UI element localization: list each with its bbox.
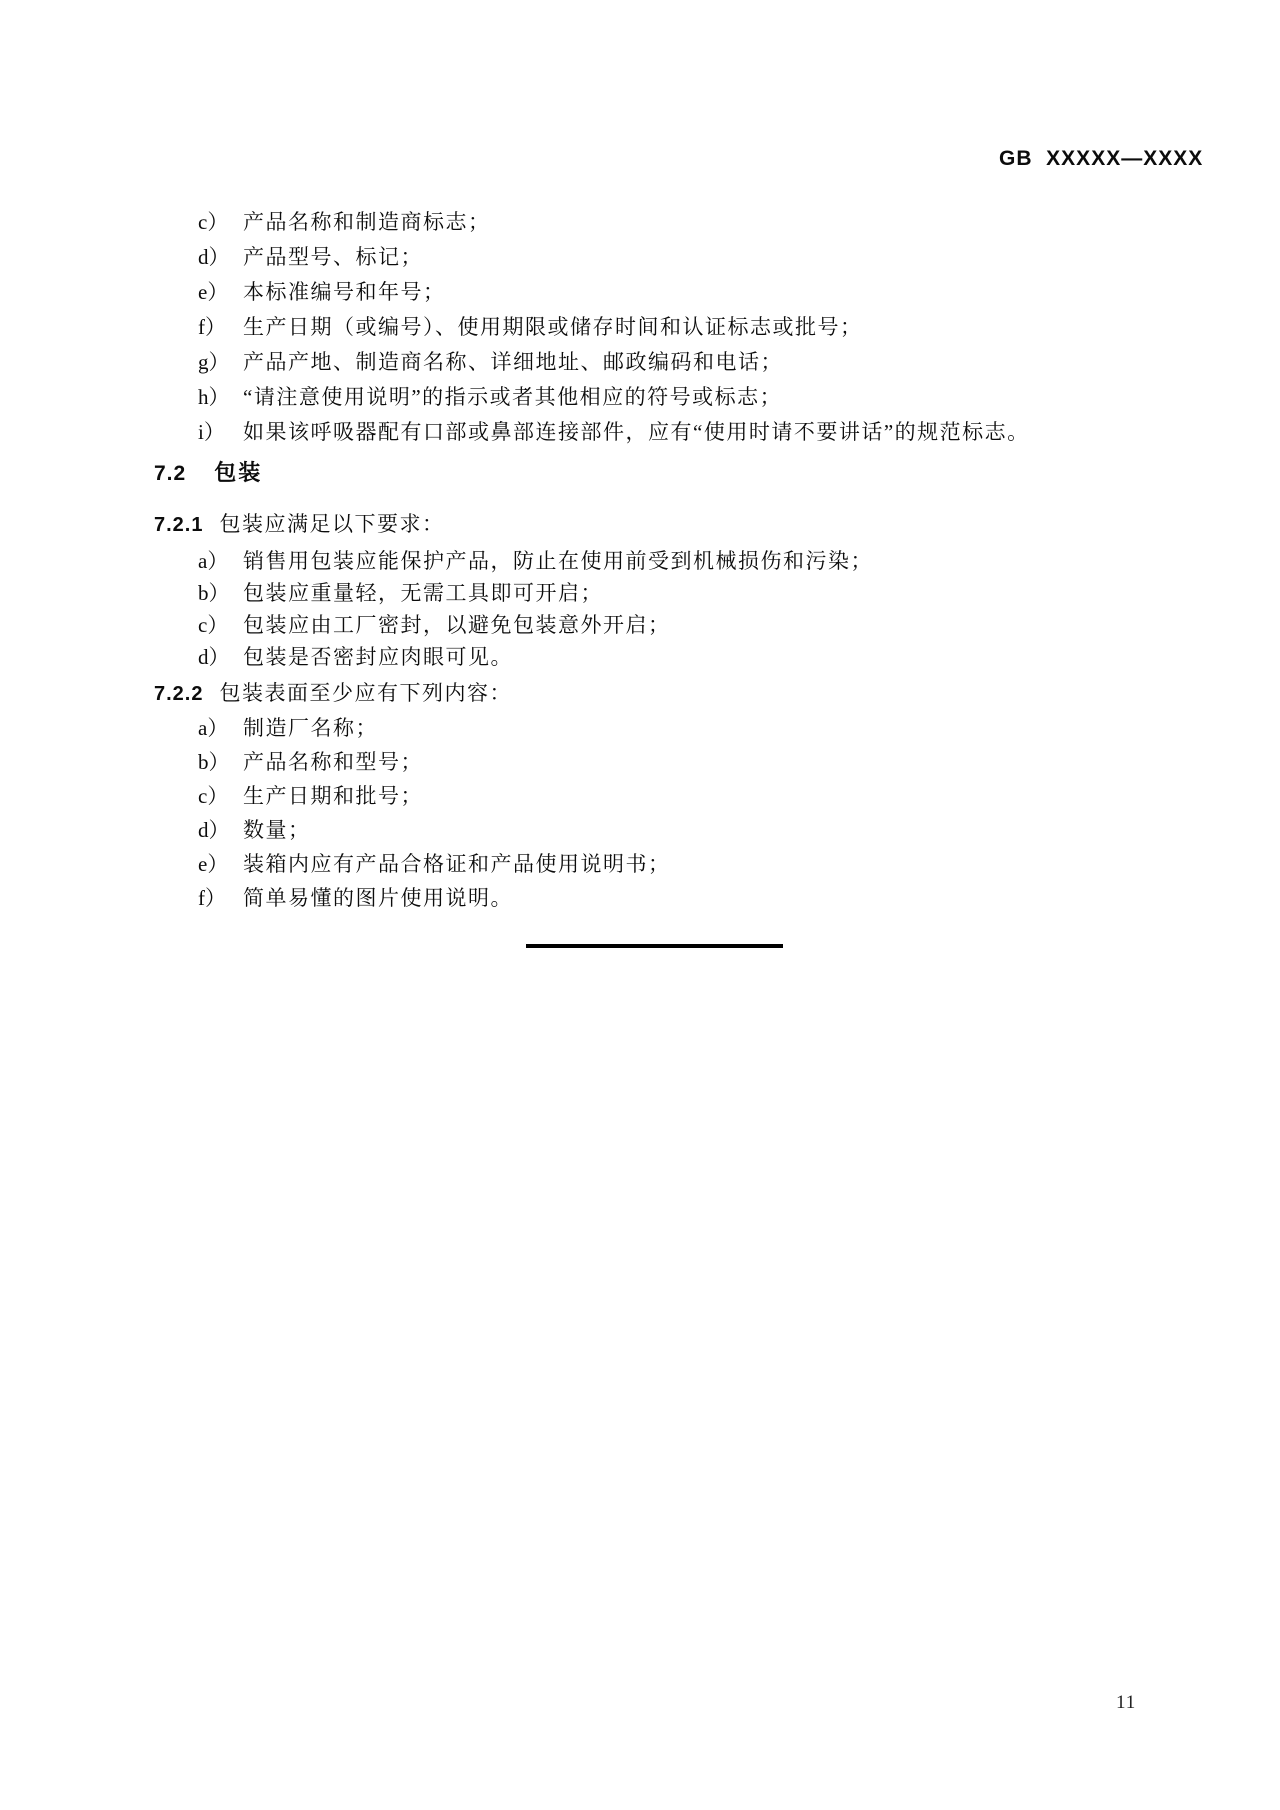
clause-number: 7.2.1 bbox=[154, 514, 203, 536]
packaging-surface-list: a）制造厂名称； b）产品名称和型号； c）生产日期和批号； d）数量； e）装… bbox=[0, 711, 1280, 915]
list-item-marker: c） bbox=[198, 205, 243, 240]
list-item-marker: a） bbox=[198, 711, 243, 745]
list-item-marker: e） bbox=[198, 847, 243, 881]
list-item: c）生产日期和批号； bbox=[0, 779, 1280, 813]
list-item-marker: c） bbox=[198, 779, 243, 813]
list-item: g）产品产地、制造商名称、详细地址、邮政编码和电话； bbox=[0, 345, 1280, 380]
list-item-marker: f） bbox=[198, 310, 243, 345]
list-item: a）销售用包装应能保护产品，防止在使用前受到机械损伤和污染； bbox=[0, 545, 1280, 577]
list-item-text: 装箱内应有产品合格证和产品使用说明书； bbox=[243, 852, 671, 876]
list-item-text: 包装应由工厂密封，以避免包装意外开启； bbox=[243, 613, 671, 637]
list-item: c）包装应由工厂密封，以避免包装意外开启； bbox=[0, 609, 1280, 641]
marking-requirements-list: c）产品名称和制造商标志； d）产品型号、标记； e）本标准编号和年号； f）生… bbox=[0, 205, 1280, 450]
list-item-marker: h） bbox=[198, 380, 243, 415]
list-item-text: 包装是否密封应肉眼可见。 bbox=[243, 645, 513, 669]
list-item-marker: i） bbox=[198, 415, 243, 450]
list-item-marker: d） bbox=[198, 641, 243, 673]
end-of-document-rule bbox=[526, 944, 783, 948]
list-item-text: 生产日期和批号； bbox=[243, 784, 423, 808]
list-item: f）生产日期（或编号）、使用期限或储存时间和认证标志或批号； bbox=[0, 310, 1280, 345]
list-item: b）包装应重量轻，无需工具即可开启； bbox=[0, 577, 1280, 609]
list-item-marker: e） bbox=[198, 275, 243, 310]
clause-text: 包装应满足以下要求： bbox=[219, 512, 444, 536]
list-item: e）装箱内应有产品合格证和产品使用说明书； bbox=[0, 847, 1280, 881]
list-item-text: 产品名称和制造商标志； bbox=[243, 210, 491, 234]
list-item-text: 制造厂名称； bbox=[243, 716, 378, 740]
section-title: 包装 bbox=[214, 460, 262, 485]
packaging-requirements-list: a）销售用包装应能保护产品，防止在使用前受到机械损伤和污染； b）包装应重量轻，… bbox=[0, 545, 1280, 673]
document-page: GB XXXXX—XXXX c）产品名称和制造商标志； d）产品型号、标记； e… bbox=[0, 0, 1280, 1810]
list-item-text: 简单易懂的图片使用说明。 bbox=[243, 886, 513, 910]
document-content: c）产品名称和制造商标志； d）产品型号、标记； e）本标准编号和年号； f）生… bbox=[0, 205, 1280, 948]
list-item: d）包装是否密封应肉眼可见。 bbox=[0, 641, 1280, 673]
list-item-text: 产品名称和型号； bbox=[243, 750, 423, 774]
section-heading-7-2: 7.2包装 bbox=[0, 455, 1280, 490]
page-number: 11 bbox=[1116, 1692, 1136, 1714]
list-item-marker: b） bbox=[198, 745, 243, 779]
list-item-marker: b） bbox=[198, 577, 243, 609]
clause-text: 包装表面至少应有下列内容： bbox=[219, 681, 512, 705]
list-item-text: 产品型号、标记； bbox=[243, 245, 423, 269]
clause-7-2-2: 7.2.2包装表面至少应有下列内容： bbox=[0, 676, 1280, 711]
list-item-marker: a） bbox=[198, 545, 243, 577]
list-item-text: 包装应重量轻，无需工具即可开启； bbox=[243, 581, 603, 605]
list-item-text: 销售用包装应能保护产品，防止在使用前受到机械损伤和污染； bbox=[243, 549, 873, 573]
list-item-text: 产品产地、制造商名称、详细地址、邮政编码和电话； bbox=[243, 350, 783, 374]
list-item: a）制造厂名称； bbox=[0, 711, 1280, 745]
list-item: c）产品名称和制造商标志； bbox=[0, 205, 1280, 240]
list-item-marker: c） bbox=[198, 609, 243, 641]
section-number: 7.2 bbox=[154, 462, 186, 485]
list-item-text: “请注意使用说明”的指示或者其他相应的符号或标志； bbox=[243, 385, 782, 409]
list-item: h）“请注意使用说明”的指示或者其他相应的符号或标志； bbox=[0, 380, 1280, 415]
list-item-marker: g） bbox=[198, 345, 243, 380]
list-item: f）简单易懂的图片使用说明。 bbox=[0, 881, 1280, 915]
clause-number: 7.2.2 bbox=[154, 683, 203, 705]
list-item: d）数量； bbox=[0, 813, 1280, 847]
list-item-marker: f） bbox=[198, 881, 243, 915]
list-item: e）本标准编号和年号； bbox=[0, 275, 1280, 310]
list-item-marker: d） bbox=[198, 240, 243, 275]
list-item: b）产品名称和型号； bbox=[0, 745, 1280, 779]
list-item: i）如果该呼吸器配有口部或鼻部连接部件，应有“使用时请不要讲话”的规范标志。 bbox=[0, 415, 1280, 450]
list-item-text: 如果该呼吸器配有口部或鼻部连接部件，应有“使用时请不要讲话”的规范标志。 bbox=[243, 420, 1030, 444]
standard-code-header: GB XXXXX—XXXX bbox=[999, 147, 1203, 171]
list-item: d）产品型号、标记； bbox=[0, 240, 1280, 275]
list-item-text: 本标准编号和年号； bbox=[243, 280, 446, 304]
clause-7-2-1: 7.2.1包装应满足以下要求： bbox=[0, 507, 1280, 542]
list-item-text: 生产日期（或编号）、使用期限或储存时间和认证标志或批号； bbox=[243, 315, 863, 339]
list-item-text: 数量； bbox=[243, 818, 311, 842]
list-item-marker: d） bbox=[198, 813, 243, 847]
